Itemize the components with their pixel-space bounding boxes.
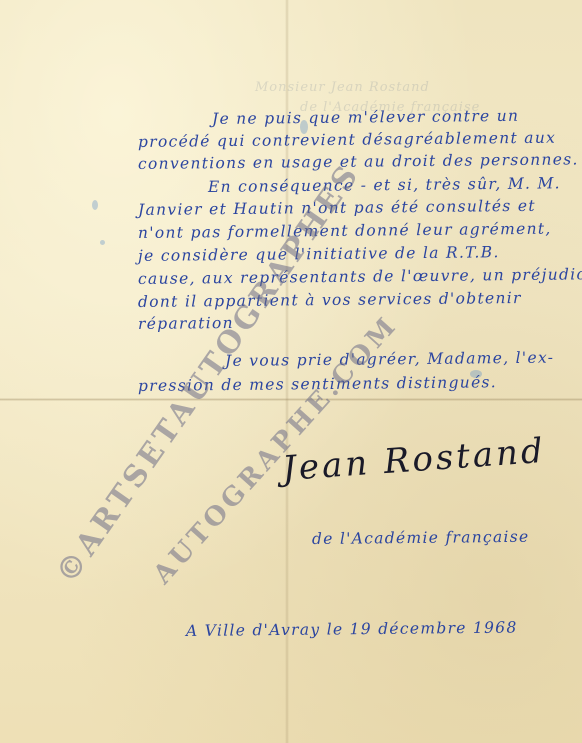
signature-title: de l'Académie française bbox=[312, 528, 530, 548]
body-line-2: procédé qui contrevient désagréablement … bbox=[138, 129, 556, 151]
body-line-7: je considère que l'initiative de la R.T.… bbox=[138, 243, 500, 265]
body-line-9: dont il appartient à vos services d'obte… bbox=[138, 289, 522, 311]
ghost-header-1: Monsieur Jean Rostand bbox=[255, 80, 430, 95]
ink-stain bbox=[100, 240, 105, 245]
body-line-4: En conséquence - et si, très sûr, M. M. bbox=[208, 174, 561, 196]
ink-stain bbox=[92, 200, 98, 210]
body-line-6: n'ont pas formellement donné leur agréme… bbox=[138, 220, 552, 242]
signature: Jean Rostand bbox=[281, 431, 547, 489]
body-line-1: Je ne puis que m'élever contre un bbox=[212, 107, 519, 128]
horizontal-fold-line bbox=[0, 398, 582, 401]
letter-page: Monsieur Jean Rostand de l'Académie fran… bbox=[0, 0, 582, 743]
body-line-8: cause, aux représentants de l'œuvre, un … bbox=[138, 265, 582, 288]
place-date: A Ville d'Avray le 19 décembre 1968 bbox=[186, 619, 518, 640]
closing-line-1: Je vous prie d'agréer, Madame, l'ex- bbox=[225, 349, 554, 370]
